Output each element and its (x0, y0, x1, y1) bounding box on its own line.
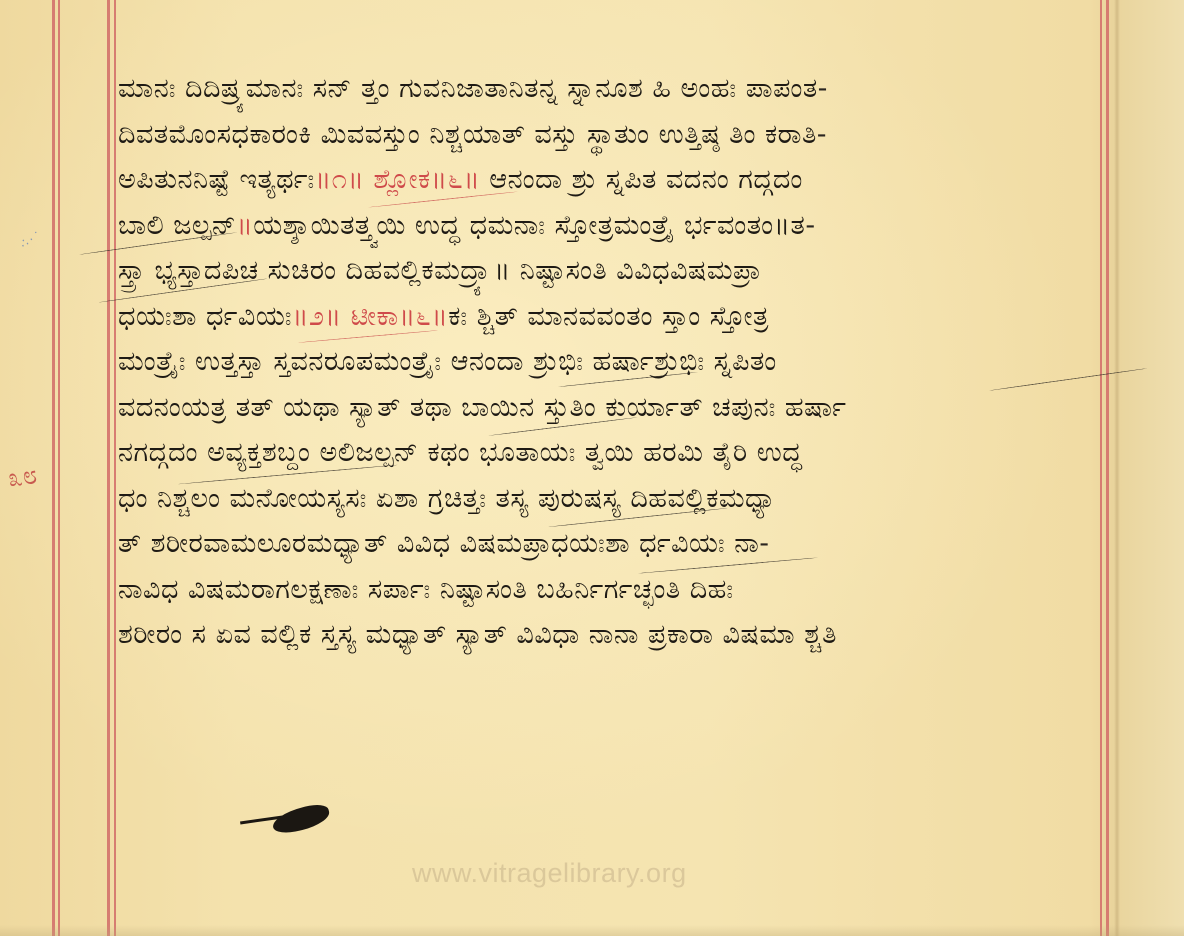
page-bottom-wear (0, 925, 1184, 936)
line-continuation-dash: - (817, 119, 827, 150)
ink-blot (270, 801, 332, 836)
right-inner-margin-rule-2 (1106, 0, 1109, 936)
manuscript-line-3: ಅಪಿತುನನಿಷ್ಟೆ ಇತ್ಯರ್ಥಃ॥೧॥ ಶ್ಲೋಕ॥೬॥ ಆನಂದಾ … (118, 157, 1088, 203)
line-text: ಅಪಿತುನನಿಷ್ಟೆ ಇತ್ಯರ್ಥಃ (118, 164, 315, 195)
left-inner-margin-rule-1 (107, 0, 110, 936)
line-text: ಧಯಃಶಾ ರ್ಧವಿಯಃ (118, 301, 292, 332)
left-outer-margin-rule-1 (52, 0, 55, 936)
manuscript-line-10: ಧಂ ನಿಶ್ಚಲಂ ಮನೋಯಸ್ಯಸಃ ಏಶಾ ಗ್ರಚಿತ್ತಃ ತಸ್ಯ … (118, 476, 1088, 522)
manuscript-line-2: ದಿವತಮೊಂಸಧಕಾರಂಕಿ ಮಿವವಸ್ತುಂ ನಿಶ್ಚಯಾತ್ ವಸ್ತ… (118, 112, 1088, 158)
manuscript-line-5: ಸ್ತ್ರಾ ಭ್ಯಸ್ತಾದಪಿಚ ಸುಚಿರಂ ದಿಹವಲ್ಲಿಕಮದ್ರ್… (118, 248, 1088, 294)
line-continuation-dash: - (818, 73, 828, 104)
line-text: ಮಂತ್ರೈಃ ಉತ್ತಸ್ತಾ ಸ್ತವನರೂಪಮಂತ್ರೈಃ ಆನಂದಾ ಶ… (118, 346, 777, 377)
line-text-after: ಕಃ ಶ್ಚಿತ್ ಮಾನವವಂತಂ ಸ್ತಾಂ ಸ್ತೋತ್ರ (448, 301, 769, 332)
line-text: ಧಂ ನಿಶ್ಚಲಂ ಮನೋಯಸ್ಯಸಃ ಏಶಾ ಗ್ರಚಿತ್ತಃ ತಸ್ಯ … (118, 483, 776, 514)
line-continuation-dash: - (759, 528, 769, 559)
red-rubric-commentary-marker: ॥೨॥ ಟೀಕಾ॥೬॥ (292, 301, 448, 332)
manuscript-line-12: ನಾವಿಧ ವಿಷಮರಾಗಲಕ್ಷಣಾಃ ಸರ್ಪಾಃ ನಿಷ್ಟಾಸಂತಿ ಬ… (118, 567, 1088, 613)
manuscript-line-9: ನಗದ್ಗದಂ ಅವ್ಯಕ್ತಶಬ್ದಂ ಅಲಿಜಲ್ಪನ್ ಕಥಂ ಭೂತಾಯ… (118, 430, 1088, 476)
line-text-after: ಆನಂದಾ ಶ್ರು ಸ್ನಪಿತ ವದನಂ ಗದ್ಗದಂ (480, 164, 803, 195)
manuscript-page: ∴·˙ ೩೮ ಮಾನಃ ದಿದಿಷ್ರ್ಯಮಾನಃ ಸನ್ ತ್ತಂ ಗುವನಿ… (0, 0, 1184, 936)
line-text: ಮಾನಃ ದಿದಿಷ್ರ್ಯಮಾನಃ ಸನ್ ತ್ತಂ ಗುವನಿಜಾತಾನಿತ… (118, 73, 818, 104)
page-edge-shadow (1114, 0, 1120, 936)
margin-page-number: ೩೮ (6, 460, 39, 495)
manuscript-text-block: ಮಾನಃ ದಿದಿಷ್ರ್ಯಮಾನಃ ಸನ್ ತ್ತಂ ಗುವನಿಜಾತಾನಿತ… (118, 66, 1088, 658)
line-text: ಸ್ತ್ರಾ ಭ್ಯಸ್ತಾದಪಿಚ ಸುಚಿರಂ ದಿಹವಲ್ಲಿಕಮದ್ರ್… (118, 255, 762, 286)
red-rubric-verse-marker: ॥೧॥ ಶ್ಲೋಕ॥೬॥ (315, 164, 480, 195)
blue-ink-smudge: ∴·˙ (18, 217, 76, 265)
line-text: ದಿವತಮೊಂಸಧಕಾರಂಕಿ ಮಿವವಸ್ತುಂ ನಿಶ್ಚಯಾತ್ ವಸ್ತ… (118, 119, 817, 150)
line-text: ನಾವಿಧ ವಿಷಮರಾಗಲಕ್ಷಣಾಃ ಸರ್ಪಾಃ ನಿಷ್ಟಾಸಂತಿ ಬ… (118, 574, 734, 605)
left-inner-margin-rule-2 (114, 0, 116, 936)
manuscript-line-13: ಶರೀರಂ ಸ ಏವ ವಲ್ಲಿಕ ಸ್ತಸ್ಯ ಮಧ್ಯಾತ್ ಸ್ಯಾತ್ … (118, 612, 1088, 658)
line-text: ವದನಂಯತ್ರ ತತ್ ಯಥಾ ಸ್ಯಾತ್ ತಥಾ ಬಾಯಿನ ಸ್ತುತಿ… (118, 392, 847, 423)
manuscript-line-6: ಧಯಃಶಾ ರ್ಧವಿಯಃ॥೨॥ ಟೀಕಾ॥೬॥ಕಃ ಶ್ಚಿತ್ ಮಾನವವಂ… (118, 294, 1088, 340)
line-text: ನಗದ್ಗದಂ ಅವ್ಯಕ್ತಶಬ್ದಂ ಅಲಿಜಲ್ಪನ್ ಕಥಂ ಭೂತಾಯ… (118, 437, 802, 468)
manuscript-line-7: ಮಂತ್ರೈಃ ಉತ್ತಸ್ತಾ ಸ್ತವನರೂಪಮಂತ್ರೈಃ ಆನಂದಾ ಶ… (118, 339, 1088, 385)
line-text: ತ್ ಶರೀರವಾಮಲೂರಮಧ್ಯಾತ್ ವಿವಿಧ ವಿಷಮಪ್ರಾಧಯಃಶಾ… (118, 528, 759, 559)
manuscript-line-11: ತ್ ಶರೀರವಾಮಲೂರಮಧ್ಯಾತ್ ವಿವಿಧ ವಿಷಮಪ್ರಾಧಯಃಶಾ… (118, 521, 1088, 567)
right-inner-margin-rule-1 (1100, 0, 1102, 936)
line-text-after: ಯಶ್ಶಾಯಿತತ್ತ್ವಯಿ ಉದ್ಧ ಧಮನಾಃ ಸ್ತೋತ್ರಮಂತ್ರೈ… (253, 210, 805, 241)
left-outer-margin-rule-2 (58, 0, 60, 936)
watermark: www.vitragelibrary.org (412, 858, 687, 889)
red-rubric-danda: ॥ (236, 210, 253, 241)
manuscript-line-4: ಬಾಲಿ ಜಲ್ಪನ್॥ಯಶ್ಶಾಯಿತತ್ತ್ವಯಿ ಉದ್ಧ ಧಮನಾಃ ಸ… (118, 203, 1088, 249)
line-text: ಶರೀರಂ ಸ ಏವ ವಲ್ಲಿಕ ಸ್ತಸ್ಯ ಮಧ್ಯಾತ್ ಸ್ಯಾತ್ … (118, 619, 837, 650)
manuscript-line-8: ವದನಂಯತ್ರ ತತ್ ಯಥಾ ಸ್ಯಾತ್ ತಥಾ ಬಾಯಿನ ಸ್ತುತಿ… (118, 385, 1088, 431)
manuscript-line-1: ಮಾನಃ ದಿದಿಷ್ರ್ಯಮಾನಃ ಸನ್ ತ್ತಂ ಗುವನಿಜಾತಾನಿತ… (118, 66, 1088, 112)
line-continuation-dash: - (805, 210, 815, 241)
line-text: ಬಾಲಿ ಜಲ್ಪನ್ (118, 210, 236, 241)
